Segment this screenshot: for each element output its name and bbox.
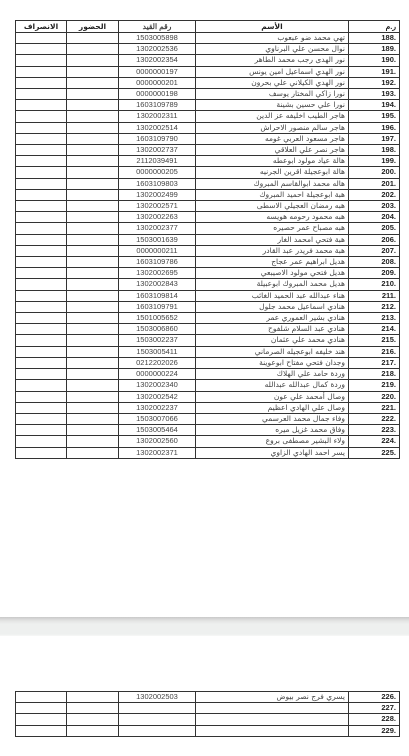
cell-registration: 1603109786	[119, 257, 196, 268]
cell-attendance	[67, 189, 119, 200]
cell-attendance	[67, 335, 119, 346]
cell-registration: 0000000211	[119, 245, 196, 256]
table-row: 223.وفاق محمد غزيل ميره1503005464	[16, 425, 400, 436]
table-row: 189.نوال محسن علي البرناوي1302002536	[16, 44, 400, 55]
cell-number-text: 209.	[381, 268, 396, 278]
cell-registration: 1302002514	[119, 122, 196, 133]
cell-attendance	[67, 714, 119, 725]
cell-registration-text: 1302002499	[136, 190, 178, 200]
cell-departure	[16, 279, 67, 290]
cell-number: 206.	[349, 234, 400, 245]
cell-registration: 1302002843	[119, 279, 196, 290]
cell-number-text: 217.	[381, 358, 396, 368]
cell-number: 200.	[349, 167, 400, 178]
cell-number: 197.	[349, 133, 400, 144]
cell-registration-text: 1603109789	[136, 100, 178, 110]
cell-number-text: 198.	[381, 145, 396, 155]
cell-number: 203.	[349, 201, 400, 212]
header-departure: الانصراف	[16, 21, 67, 33]
cell-number-text: 199.	[381, 156, 396, 166]
cell-registration: 1302002695	[119, 268, 196, 279]
cell-number-text: 203.	[381, 201, 396, 211]
cell-registration: 1302002377	[119, 223, 196, 234]
cell-name: هاجر مسعود العربي غومه	[196, 133, 349, 144]
cell-attendance	[67, 201, 119, 212]
cell-registration: 1603109814	[119, 290, 196, 301]
cell-number: 213.	[349, 313, 400, 324]
cell-registration-text: 1302002371	[136, 448, 178, 458]
cell-registration: 1603109790	[119, 133, 196, 144]
cell-number-text: 226.	[381, 692, 396, 702]
cell-number-text: 214.	[381, 324, 396, 334]
table-row: 210.هديل محمد المبروك ابوعبيلة1302002843	[16, 279, 400, 290]
cell-attendance	[67, 234, 119, 245]
cell-number-text: 197.	[381, 134, 396, 144]
cell-attendance	[67, 111, 119, 122]
cell-number-text: 227.	[381, 703, 396, 713]
table-row: 226.يسري فرج نصر بيوض1302002503	[16, 692, 400, 703]
table-row: 197.هاجر مسعود العربي غومه1603109790	[16, 133, 400, 144]
cell-number: 208.	[349, 257, 400, 268]
cell-departure	[16, 692, 67, 703]
cell-registration-text: 1503006860	[136, 324, 178, 334]
cell-attendance	[67, 279, 119, 290]
cell-registration: 1302002263	[119, 212, 196, 223]
cell-name: نور الهدى رجب محمد الطاهر	[196, 55, 349, 66]
cell-number: 194.	[349, 100, 400, 111]
cell-name: هنادي محمد علي عثمان	[196, 335, 349, 346]
cell-registration: 1302002571	[119, 201, 196, 212]
cell-name: هاجر الطيب اخليفه عز الدين	[196, 111, 349, 122]
cell-number-text: 201.	[381, 179, 396, 189]
cell-number-text: 194.	[381, 100, 396, 110]
cell-registration: 1503007066	[119, 413, 196, 424]
cell-attendance	[67, 245, 119, 256]
cell-number: 191.	[349, 66, 400, 77]
attendance-table-continued: 226.يسري فرج نصر بيوض1302002503227.228.2…	[15, 691, 400, 737]
table-body: 188.تهي محمد ضو عبعوب1503005898189.نوال …	[16, 33, 400, 459]
cell-departure	[16, 714, 67, 725]
cell-registration-text: 1503005464	[136, 425, 178, 435]
cell-departure	[16, 369, 67, 380]
cell-registration: 0000000224	[119, 369, 196, 380]
cell-number: 212.	[349, 301, 400, 312]
table-row: 206.هبة فتحي امحمد الغار1503001639	[16, 234, 400, 245]
cell-registration: 2112039491	[119, 156, 196, 167]
document-page-2: 226.يسري فرج نصر بيوض1302002503227.228.2…	[0, 636, 409, 756]
cell-number-text: 221.	[381, 403, 396, 413]
cell-registration: 1503002237	[119, 335, 196, 346]
cell-number: 201.	[349, 178, 400, 189]
cell-departure	[16, 111, 67, 122]
header-number: ر.م	[349, 21, 400, 33]
cell-name: نور الهدي الكيلاني علي بحرون	[196, 77, 349, 88]
cell-registration-text: 1603109790	[136, 134, 178, 144]
cell-registration-text: 1603109803	[136, 179, 178, 189]
cell-attendance	[67, 178, 119, 189]
cell-number-text: 218.	[381, 369, 396, 379]
header-registration: رقم القيد	[119, 21, 196, 33]
cell-departure	[16, 425, 67, 436]
cell-registration: 0212202026	[119, 357, 196, 368]
table-row: 227.	[16, 703, 400, 714]
table-row: 201.هاله محمد ابوالقاسم المبروك160310980…	[16, 178, 400, 189]
cell-number: 198.	[349, 145, 400, 156]
cell-name: هديل فتحي مولود الاصيبعي	[196, 268, 349, 279]
cell-number-text: 206.	[381, 235, 396, 245]
cell-name: يسري فرج نصر بيوض	[196, 692, 349, 703]
cell-number-text: 229.	[381, 726, 396, 736]
table-row: 202.هبة ابوعجيلة احميد المبروك1302002499	[16, 189, 400, 200]
cell-registration	[119, 725, 196, 736]
cell-attendance	[67, 156, 119, 167]
cell-name: وردة حامد علي الهلاك	[196, 369, 349, 380]
cell-departure	[16, 33, 67, 44]
cell-registration-text: 1302002237	[136, 403, 178, 413]
cell-registration: 1302002503	[119, 692, 196, 703]
cell-name: هبة محمد فريدر عبد القادر	[196, 245, 349, 256]
cell-attendance	[67, 268, 119, 279]
table-row: 222.وفاء جمال محمد العرسمي1503007066	[16, 413, 400, 424]
cell-registration-text: 1603109786	[136, 257, 178, 267]
cell-number: 219.	[349, 380, 400, 391]
cell-name: هبة ابوعجيلة احميد المبروك	[196, 189, 349, 200]
table-row: 225.يسر احمد الهادي الزاوي1302002371	[16, 447, 400, 458]
table-row: 211.هناء عبدالله عبد الحميد الغائب160310…	[16, 290, 400, 301]
cell-departure	[16, 413, 67, 424]
cell-departure	[16, 380, 67, 391]
cell-number: 227.	[349, 703, 400, 714]
cell-registration: 1503005464	[119, 425, 196, 436]
table-row: 200.هالة ابوعجيلة اقرين الجرنيه000000020…	[16, 167, 400, 178]
table-row: 193.نورا زاكي المختار يوسف0000000198	[16, 89, 400, 100]
table-row: 228.	[16, 714, 400, 725]
cell-registration: 1503001639	[119, 234, 196, 245]
cell-number-text: 190.	[381, 55, 396, 65]
cell-registration: 1302002499	[119, 189, 196, 200]
cell-registration: 1302002536	[119, 44, 196, 55]
cell-registration-text: 1302002514	[136, 123, 178, 133]
cell-name: نورا زاكي المختار يوسف	[196, 89, 349, 100]
table-row: 213.هنادي بشير العموري عمر1501005652	[16, 313, 400, 324]
cell-name: هالة عياد مولود ابوعطه	[196, 156, 349, 167]
cell-number-text: 213.	[381, 313, 396, 323]
cell-registration: 0000000198	[119, 89, 196, 100]
cell-number: 209.	[349, 268, 400, 279]
cell-name: هبه مصباح عمر حصيره	[196, 223, 349, 234]
table-row: 229.	[16, 725, 400, 736]
cell-attendance	[67, 33, 119, 44]
cell-departure	[16, 436, 67, 447]
cell-name: هديل محمد المبروك ابوعبيلة	[196, 279, 349, 290]
cell-number-text: 222.	[381, 414, 396, 424]
table-row: 199.هالة عياد مولود ابوعطه2112039491	[16, 156, 400, 167]
cell-name	[196, 714, 349, 725]
cell-number: 220.	[349, 391, 400, 402]
cell-number: 228.	[349, 714, 400, 725]
cell-registration	[119, 703, 196, 714]
cell-departure	[16, 301, 67, 312]
cell-registration-text: 0000000205	[136, 167, 178, 177]
table-row: 191.نور الهدي اسماعيل امين يونس000000019…	[16, 66, 400, 77]
cell-number-text: 208.	[381, 257, 396, 267]
cell-name: وصال علي الهادي اعظيم	[196, 402, 349, 413]
table-row: 194.نورا علي حسين بشينة1603109789	[16, 100, 400, 111]
cell-attendance	[67, 145, 119, 156]
cell-number: 205.	[349, 223, 400, 234]
cell-attendance	[67, 212, 119, 223]
cell-number: 211.	[349, 290, 400, 301]
table-row: 209.هديل فتحي مولود الاصيبعي1302002695	[16, 268, 400, 279]
cell-registration-text: 1302002695	[136, 268, 178, 278]
cell-registration-text: 2112039491	[136, 156, 177, 166]
cell-departure	[16, 55, 67, 66]
table-row: 217.وجدان فتحي مفتاح ابوعوينة0212202026	[16, 357, 400, 368]
cell-attendance	[67, 391, 119, 402]
cell-registration: 1302002371	[119, 447, 196, 458]
cell-registration-text: 0000000201	[136, 78, 178, 88]
cell-attendance	[67, 357, 119, 368]
header-name: الأسم	[196, 21, 349, 33]
cell-registration-text: 1503007066	[136, 414, 178, 424]
cell-registration: 1503005411	[119, 346, 196, 357]
cell-name: هاجر نصر علي العلاقي	[196, 145, 349, 156]
table-row: 188.تهي محمد ضو عبعوب1503005898	[16, 33, 400, 44]
cell-number-text: 207.	[381, 246, 396, 256]
cell-attendance	[67, 725, 119, 736]
table-row: 218.وردة حامد علي الهلاك0000000224	[16, 369, 400, 380]
cell-name: تهي محمد ضو عبعوب	[196, 33, 349, 44]
cell-number: 218.	[349, 369, 400, 380]
cell-number-text: 188.	[381, 33, 396, 43]
cell-name: نورا علي حسين بشينة	[196, 100, 349, 111]
cell-attendance	[67, 313, 119, 324]
cell-name: هنادي بشير العموري عمر	[196, 313, 349, 324]
table-row: 192.نور الهدي الكيلاني علي بحرون00000002…	[16, 77, 400, 88]
cell-departure	[16, 703, 67, 714]
cell-number-text: 216.	[381, 347, 396, 357]
cell-number: 222.	[349, 413, 400, 424]
cell-registration: 1603109789	[119, 100, 196, 111]
cell-departure	[16, 725, 67, 736]
cell-attendance	[67, 66, 119, 77]
cell-number: 207.	[349, 245, 400, 256]
cell-departure	[16, 44, 67, 55]
cell-attendance	[67, 425, 119, 436]
page-separator	[0, 617, 409, 636]
cell-registration-text: 1503005898	[136, 33, 178, 43]
table-body: 226.يسري فرج نصر بيوض1302002503227.228.2…	[16, 692, 400, 737]
cell-number-text: 192.	[381, 78, 396, 88]
cell-name: هاجر سالم منصور الاحراش	[196, 122, 349, 133]
cell-number-text: 219.	[381, 380, 396, 390]
cell-departure	[16, 324, 67, 335]
cell-registration: 1302002560	[119, 436, 196, 447]
cell-registration-text: 1302002843	[136, 279, 178, 289]
cell-number: 192.	[349, 77, 400, 88]
cell-number: 215.	[349, 335, 400, 346]
table-row: 214.هنادي عبد السلام شلفوح1503006860	[16, 324, 400, 335]
table-row: 198.هاجر نصر علي العلاقي1302002737	[16, 145, 400, 156]
cell-registration-text: 1302002311	[136, 111, 177, 121]
cell-name: وفاق محمد غزيل ميره	[196, 425, 349, 436]
cell-name: وردة كمال عبدالله عبدالله	[196, 380, 349, 391]
cell-registration-text: 0000000197	[136, 67, 178, 77]
cell-number-text: 200.	[381, 167, 396, 177]
cell-number-text: 215.	[381, 335, 396, 345]
cell-number-text: 210.	[381, 279, 396, 289]
cell-number: 193.	[349, 89, 400, 100]
cell-registration-text: 1302002542	[136, 392, 178, 402]
cell-number-text: 212.	[381, 302, 396, 312]
cell-departure	[16, 189, 67, 200]
table-row: 220.وصال أمحمد علي عون1302002542	[16, 391, 400, 402]
cell-number-text: 195.	[381, 111, 396, 121]
cell-number: 229.	[349, 725, 400, 736]
cell-registration-text: 1503005411	[136, 347, 177, 357]
cell-registration-text: 0000000198	[136, 89, 178, 99]
cell-name: هبة فتحي امحمد الغار	[196, 234, 349, 245]
cell-name: هنادي عبد السلام شلفوح	[196, 324, 349, 335]
cell-name	[196, 725, 349, 736]
cell-registration-text: 0000000211	[136, 246, 177, 256]
cell-attendance	[67, 436, 119, 447]
table-row: 208.هديل ابراهيم عمر عجاج1603109786	[16, 257, 400, 268]
cell-attendance	[67, 324, 119, 335]
cell-departure	[16, 257, 67, 268]
table-row: 224.ولاء البشير مصطفى بروع1302002560	[16, 436, 400, 447]
cell-attendance	[67, 301, 119, 312]
cell-name: يسر احمد الهادي الزاوي	[196, 447, 349, 458]
table-row: 207.هبة محمد فريدر عبد القادر0000000211	[16, 245, 400, 256]
cell-registration-text: 1302002354	[136, 55, 178, 65]
cell-registration-text: 1503002237	[136, 335, 178, 345]
cell-number-text: 204.	[381, 212, 396, 222]
cell-registration-text: 1603109814	[136, 291, 178, 301]
cell-departure	[16, 346, 67, 357]
cell-attendance	[67, 167, 119, 178]
cell-name: هديل ابراهيم عمر عجاج	[196, 257, 349, 268]
cell-number-text: 224.	[381, 436, 396, 446]
cell-number: 199.	[349, 156, 400, 167]
table-row: 203.هبه رمضان العجيلي الاسطى1302002571	[16, 201, 400, 212]
cell-name: نور الهدي اسماعيل امين يونس	[196, 66, 349, 77]
cell-number-text: 205.	[381, 223, 396, 233]
cell-departure	[16, 212, 67, 223]
cell-registration: 1503005898	[119, 33, 196, 44]
cell-number-text: 196.	[381, 123, 396, 133]
cell-registration-text: 1302002560	[136, 436, 178, 446]
cell-departure	[16, 402, 67, 413]
cell-name: وجدان فتحي مفتاح ابوعوينة	[196, 357, 349, 368]
cell-number: 190.	[349, 55, 400, 66]
cell-departure	[16, 223, 67, 234]
table-row: 212.هنادي اسماعيل محمد جلول1603109791	[16, 301, 400, 312]
cell-departure	[16, 178, 67, 189]
cell-number: 210.	[349, 279, 400, 290]
cell-departure	[16, 167, 67, 178]
cell-registration: 1302002737	[119, 145, 196, 156]
cell-registration-text: 1503001639	[136, 235, 178, 245]
cell-registration-text: 1302002503	[136, 692, 178, 702]
cell-registration	[119, 714, 196, 725]
cell-registration-text: 1603109791	[136, 302, 178, 312]
table-row: 205.هبه مصباح عمر حصيره1302002377	[16, 223, 400, 234]
cell-attendance	[67, 703, 119, 714]
cell-number-text: 202.	[381, 190, 396, 200]
cell-attendance	[67, 369, 119, 380]
cell-departure	[16, 290, 67, 301]
cell-registration-text: 1302002571	[136, 201, 178, 211]
header-attendance: الحضور	[67, 21, 119, 33]
cell-number: 204.	[349, 212, 400, 223]
table-row: 215.هنادي محمد علي عثمان1503002237	[16, 335, 400, 346]
table-row: 196.هاجر سالم منصور الاحراش1302002514	[16, 122, 400, 133]
cell-registration: 1603109803	[119, 178, 196, 189]
cell-departure	[16, 391, 67, 402]
cell-registration-text: 1302002263	[136, 212, 178, 222]
cell-registration-text: 1302002340	[136, 380, 178, 390]
cell-departure	[16, 234, 67, 245]
cell-registration: 1302002542	[119, 391, 196, 402]
cell-name: ولاء البشير مصطفى بروع	[196, 436, 349, 447]
cell-number: 188.	[349, 33, 400, 44]
cell-departure	[16, 122, 67, 133]
cell-attendance	[67, 346, 119, 357]
cell-registration: 1503006860	[119, 324, 196, 335]
cell-attendance	[67, 77, 119, 88]
cell-number: 217.	[349, 357, 400, 368]
cell-registration-text: 1501005652	[136, 313, 178, 323]
cell-attendance	[67, 413, 119, 424]
cell-registration: 0000000197	[119, 66, 196, 77]
attendance-table: ر.م الأسم رقم القيد الحضور الانصراف 188.…	[15, 20, 400, 459]
cell-departure	[16, 77, 67, 88]
cell-registration: 1302002354	[119, 55, 196, 66]
cell-number-text: 228.	[381, 714, 396, 724]
cell-departure	[16, 313, 67, 324]
cell-registration: 0000000205	[119, 167, 196, 178]
cell-attendance	[67, 402, 119, 413]
cell-registration-text: 0212202026	[136, 358, 178, 368]
cell-name: هاله محمد ابوالقاسم المبروك	[196, 178, 349, 189]
cell-name: هبه محمود رحومه هويسه	[196, 212, 349, 223]
cell-registration-text: 0000000224	[136, 369, 178, 379]
table-row: 190.نور الهدى رجب محمد الطاهر1302002354	[16, 55, 400, 66]
cell-attendance	[67, 100, 119, 111]
cell-number: 226.	[349, 692, 400, 703]
cell-attendance	[67, 380, 119, 391]
cell-registration-text: 1302002737	[136, 145, 178, 155]
document-page-1: ر.م الأسم رقم القيد الحضور الانصراف 188.…	[0, 0, 409, 617]
cell-departure	[16, 245, 67, 256]
cell-name: هالة ابوعجيلة اقرين الجرنيه	[196, 167, 349, 178]
cell-name: هنادي اسماعيل محمد جلول	[196, 301, 349, 312]
cell-name: نوال محسن علي البرناوي	[196, 44, 349, 55]
cell-number: 196.	[349, 122, 400, 133]
cell-registration-text: 1302002377	[136, 223, 178, 233]
cell-registration: 1603109791	[119, 301, 196, 312]
table-row: 219.وردة كمال عبدالله عبدالله1302002340	[16, 380, 400, 391]
cell-departure	[16, 357, 67, 368]
cell-attendance	[67, 447, 119, 458]
cell-attendance	[67, 692, 119, 703]
cell-departure	[16, 447, 67, 458]
cell-number-text: 193.	[381, 89, 396, 99]
cell-attendance	[67, 44, 119, 55]
cell-departure	[16, 100, 67, 111]
cell-number: 223.	[349, 425, 400, 436]
